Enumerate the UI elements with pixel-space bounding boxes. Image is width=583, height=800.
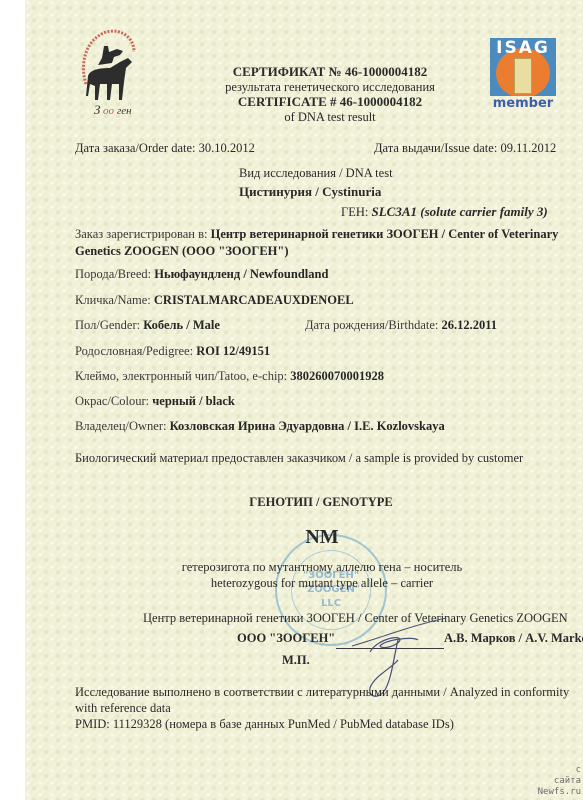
isag-document-icon [514,58,532,94]
isag-label: ISAG [490,38,556,58]
chip-value: 380260070001928 [290,369,384,383]
pedigree-field: Родословная/Pedigree: ROI 12/49151 [75,344,270,359]
chip-field: Клеймо, электронный чип/Tatoo, e-chip: 3… [75,369,384,384]
svg-text:оо: оо [103,105,115,117]
gender-value: Кобель / Male [143,318,220,332]
isag-member-badge: ISAG member [490,38,556,112]
registered-value-line2: Genetics ZOOGEN (ООО "ЗООГЕН") [75,244,289,259]
order-date: Дата заказа/Order date: 30.10.2012 [75,141,255,156]
organization-name: ООО "ЗООГЕН" [237,631,335,646]
isag-badge-box: ISAG [490,38,556,96]
genotype-description-en: heterozygous for mutant type allele – ca… [211,576,433,591]
chip-label: Клеймо, электронный чип/Tatoo, e-chip: [75,369,287,383]
birthdate-label: Дата рождения/Birthdate: [305,318,438,332]
stamp-line-3: LLC [277,598,385,610]
conformity-line-1: Исследование выполнено в соответствии с … [75,685,569,700]
signer-name: А.В. Марков / A.V. Markov [444,631,583,646]
genotype-heading: ГЕНОТИП / GENOTYPE [249,495,392,510]
owner-label: Владелец/Owner: [75,419,166,433]
watermark-line-3: Newfs.ru [538,787,581,798]
isag-member-label: member [490,96,556,112]
seal-mark: М.П. [282,653,310,668]
gene-label: ГЕН: [341,205,368,219]
order-date-value: 30.10.2012 [199,141,255,155]
breed-value: Ньюфаундленд / Newfoundland [154,267,328,281]
name-value: CRISTALMARCADEAUXDENOEL [154,293,354,307]
zoogen-logo-icon: З оо ген [76,26,140,118]
certificate-subtitle-en: of DNA test result [284,110,375,125]
colour-field: Окрас/Colour: черный / black [75,394,235,409]
test-type-label: Вид исследования / DNA test [239,166,393,181]
order-date-label: Дата заказа/Order date: [75,141,195,155]
colour-value: черный / black [152,394,235,408]
certificate-title-ru: СЕРТИФИКАТ № 46-1000004182 [233,64,427,80]
issue-date: Дата выдачи/Issue date: 09.11.2012 [374,141,556,156]
owner-field: Владелец/Owner: Козловская Ирина Эдуардо… [75,419,445,434]
gene: ГЕН: SLC3A1 (solute carrier family 3) [341,204,548,220]
breed-label: Порода/Breed: [75,267,151,281]
watermark-line-2: сайта [554,776,581,787]
issue-date-label: Дата выдачи/Issue date: [374,141,497,155]
test-name: Цистинурия / Cystinuria [239,184,381,200]
pedigree-value: ROI 12/49151 [196,344,270,358]
pedigree-label: Родословная/Pedigree: [75,344,193,358]
birthdate-field: Дата рождения/Birthdate: 26.12.2011 [305,318,497,333]
pmid-reference: PMID: 11129328 (номера в базе данных Pun… [75,717,454,732]
genotype-description-ru: гетерозигота по мутантному аллелю гена –… [182,560,462,575]
colour-label: Окрас/Colour: [75,394,149,408]
genotype-value: NM [305,526,338,549]
breed-field: Порода/Breed: Ньюфаундленд / Newfoundlan… [75,267,328,282]
registered-at: Заказ зарегистрирован в: Центр ветеринар… [75,227,558,242]
gender-field: Пол/Gender: Кобель / Male [75,318,220,333]
certificate-subtitle-ru: результата генетического исследования [225,80,435,95]
sample-note: Биологический материал предоставлен зака… [75,451,523,466]
issue-date-value: 09.11.2012 [500,141,556,155]
conformity-line-2: with reference data [75,701,171,716]
gender-label: Пол/Gender: [75,318,140,332]
owner-value: Козловская Ирина Эдуардовна / I.E. Kozlo… [170,419,445,433]
birthdate-value: 26.12.2011 [442,318,498,332]
registered-value-line1: Центр ветеринарной генетики ЗООГЕН / Cen… [211,227,559,241]
certificate-title-en: CERTIFICATE # 46-1000004182 [238,94,422,110]
gene-value: SLC3A1 (solute carrier family 3) [372,204,548,219]
registered-label: Заказ зарегистрирован в: [75,227,207,241]
name-label: Кличка/Name: [75,293,151,307]
watermark-line-1: с [576,765,581,776]
svg-text:ген: ген [117,105,132,117]
name-field: Кличка/Name: CRISTALMARCADEAUXDENOEL [75,293,354,308]
svg-text:З: З [94,102,101,117]
